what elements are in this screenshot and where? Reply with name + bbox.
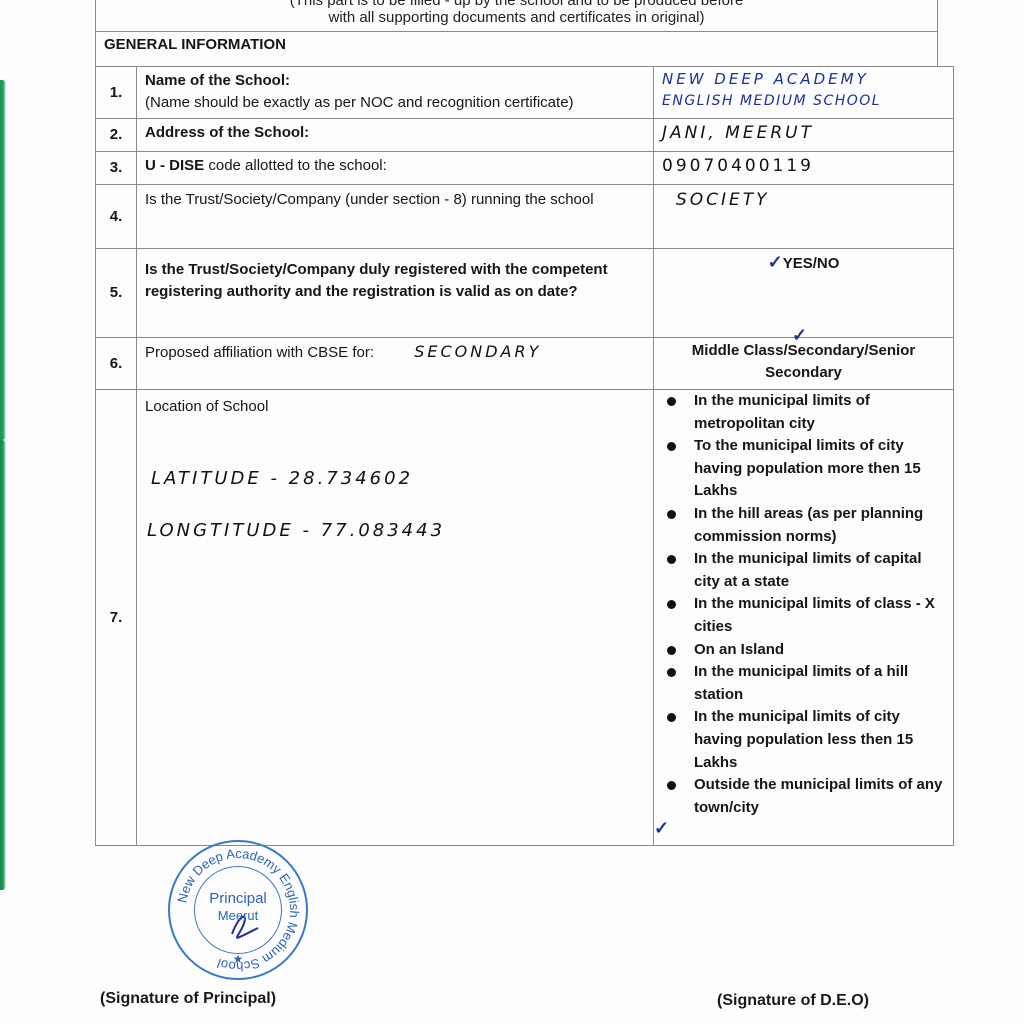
star-icon: ★ <box>170 952 306 966</box>
question-cell: Proposed affiliation with CBSE for: SECO… <box>137 338 654 390</box>
school-stamp: New Deep Academy English Medium School P… <box>168 840 308 980</box>
question-label: Name of the School: <box>145 70 645 92</box>
location-option-selected[interactable]: Outside the municipal limits of any town… <box>658 774 949 819</box>
location-option[interactable]: On an Island <box>658 639 949 662</box>
yes-no-option[interactable]: YES/NO <box>783 255 840 272</box>
longitude-value: LONGTITUDE - 77.083443 <box>145 520 645 542</box>
row-number: 1. <box>96 67 137 119</box>
stamp-title: Principal <box>170 890 306 907</box>
row-number: 2. <box>96 119 137 152</box>
location-option[interactable]: In the municipal limits of capital city … <box>658 548 949 593</box>
question-label: Proposed affiliation with CBSE for: <box>145 344 374 361</box>
row-number: 3. <box>96 152 137 185</box>
principal-signature-label: (Signature of Principal) <box>100 990 276 1008</box>
table-row: 1. Name of the School: (Name should be e… <box>96 67 954 119</box>
row-number: 4. <box>96 185 137 249</box>
location-option[interactable]: In the municipal limits of a hill statio… <box>658 661 949 706</box>
location-option[interactable]: In the municipal limits of class - X cit… <box>658 593 949 638</box>
question-label: Location of School <box>145 396 645 418</box>
row-number: 7. <box>96 390 137 846</box>
table-row: 7. Location of School LATITUDE - 28.7346… <box>96 390 954 846</box>
answer-cell[interactable]: 09070400119 <box>654 152 954 185</box>
question-label: Address of the School: <box>145 124 309 141</box>
section-title: GENERAL INFORMATION <box>95 32 938 67</box>
check-mark-icon: ✓ <box>768 251 783 273</box>
table-row: 2. Address of the School: JANI, MEERUT <box>96 119 954 152</box>
answer-cell[interactable]: SOCIETY <box>654 185 954 249</box>
affiliation-options[interactable]: Middle Class/Secondary/Senior Secondary <box>692 342 915 381</box>
intro-line-1: (This part is to be filled - up by the s… <box>96 0 937 9</box>
answer-cell: In the municipal limits of metropolitan … <box>654 390 954 846</box>
question-cell: U - DISE code allotted to the school: <box>137 152 654 185</box>
row-number: 5. <box>96 249 137 338</box>
location-options: In the municipal limits of metropolitan … <box>658 390 949 819</box>
scan-edge-stripe <box>0 80 6 440</box>
answer-cell[interactable]: JANI, MEERUT <box>654 119 954 152</box>
question-note: (Name should be exactly as per NOC and r… <box>145 92 645 114</box>
general-info-table: 1. Name of the School: (Name should be e… <box>95 66 954 846</box>
coordinates: LATITUDE - 28.734602 LONGTITUDE - 77.083… <box>145 468 645 542</box>
question-cell: Is the Trust/Society/Company duly regist… <box>137 249 654 338</box>
table-row: 3. U - DISE code allotted to the school:… <box>96 152 954 185</box>
question-cell: Location of School LATITUDE - 28.734602 … <box>137 390 654 846</box>
school-name-line-2: ENGLISH MEDIUM SCHOOL <box>662 91 945 111</box>
affiliation-handwritten: SECONDARY <box>414 342 541 361</box>
question-cell: Is the Trust/Society/Company (under sect… <box>137 185 654 249</box>
table-row: 6. Proposed affiliation with CBSE for: S… <box>96 338 954 390</box>
scan-edge-stripe <box>0 440 6 890</box>
address-value: JANI, MEERUT <box>662 123 814 143</box>
answer-cell[interactable]: NEW DEEP ACADEMY ENGLISH MEDIUM SCHOOL <box>654 67 954 119</box>
check-mark-icon: ✓ <box>792 324 807 346</box>
school-name-line-1: NEW DEEP ACADEMY <box>662 67 945 91</box>
location-option[interactable]: In the hill areas (as per planning commi… <box>658 503 949 548</box>
question-label-rest: code allotted to the school: <box>204 157 387 174</box>
location-option[interactable]: In the municipal limits of metropolitan … <box>658 390 949 435</box>
row-number: 6. <box>96 338 137 390</box>
operator-type-value: SOCIETY <box>662 190 770 210</box>
table-row: 4. Is the Trust/Society/Company (under s… <box>96 185 954 249</box>
question-cell: Address of the School: <box>137 119 654 152</box>
check-mark-icon: ✓ <box>654 817 669 839</box>
location-option[interactable]: In the municipal limits of city having p… <box>658 706 949 774</box>
question-label: Is the Trust/Society/Company (under sect… <box>145 189 615 211</box>
table-row: 5. Is the Trust/Society/Company duly reg… <box>96 249 954 338</box>
deo-signature-label: (Signature of D.E.O) <box>717 992 869 1010</box>
question-cell: Name of the School: (Name should be exac… <box>137 67 654 119</box>
intro-note: (This part is to be filled - up by the s… <box>95 0 938 32</box>
udise-code-value: 09070400119 <box>662 156 814 176</box>
question-label-bold: U - DISE <box>145 157 204 174</box>
stamp-city: Meerut <box>170 908 306 923</box>
answer-cell[interactable]: ✓ Middle Class/Secondary/Senior Secondar… <box>654 338 954 390</box>
latitude-value: LATITUDE - 28.734602 <box>145 468 645 490</box>
question-label: Is the Trust/Society/Company duly regist… <box>145 259 635 303</box>
intro-line-2: with all supporting documents and certif… <box>96 9 937 26</box>
location-option[interactable]: To the municipal limits of city having p… <box>658 435 949 503</box>
